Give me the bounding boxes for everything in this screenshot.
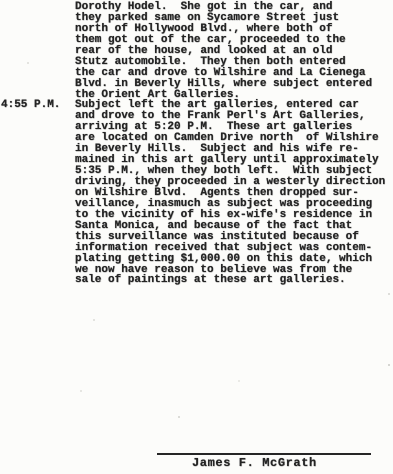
scanned-report-page: { "colors": { "paper": "#fcfcfa", "ink":… [0, 0, 393, 474]
text-line: information received that subject was co… [75, 243, 385, 254]
document-page: Dorothy Hodel. She got in the car, andth… [0, 0, 393, 474]
entry-time-label: 4:55 P.M. [1, 100, 60, 111]
report-entry: 4:55 P.M. Subject left the art galleries… [75, 100, 385, 286]
text-line: this surveillance was instituted because… [75, 232, 385, 243]
text-line: plating getting $1,000.00 on this date, … [75, 254, 385, 265]
text-line: Stutz automobile. They then both entered [75, 57, 385, 68]
report-entry: Dorothy Hodel. She got in the car, andth… [75, 2, 385, 100]
report-body: Dorothy Hodel. She got in the car, andth… [75, 2, 385, 286]
signature-name: James F. McGrath [192, 456, 371, 470]
entry-text: Dorothy Hodel. She got in the car, andth… [75, 2, 385, 100]
text-line: Blvd. in Beverly Hills, where subject en… [75, 79, 385, 90]
entry-text: Subject left the art galleries, entered … [75, 100, 385, 286]
scan-noise [93, 319, 95, 321]
text-line: the car and drove to Wilshire and La Cie… [75, 68, 385, 79]
text-line: sale of paintings at these art galleries… [75, 275, 385, 286]
signature-block: James F. McGrath [157, 453, 371, 470]
